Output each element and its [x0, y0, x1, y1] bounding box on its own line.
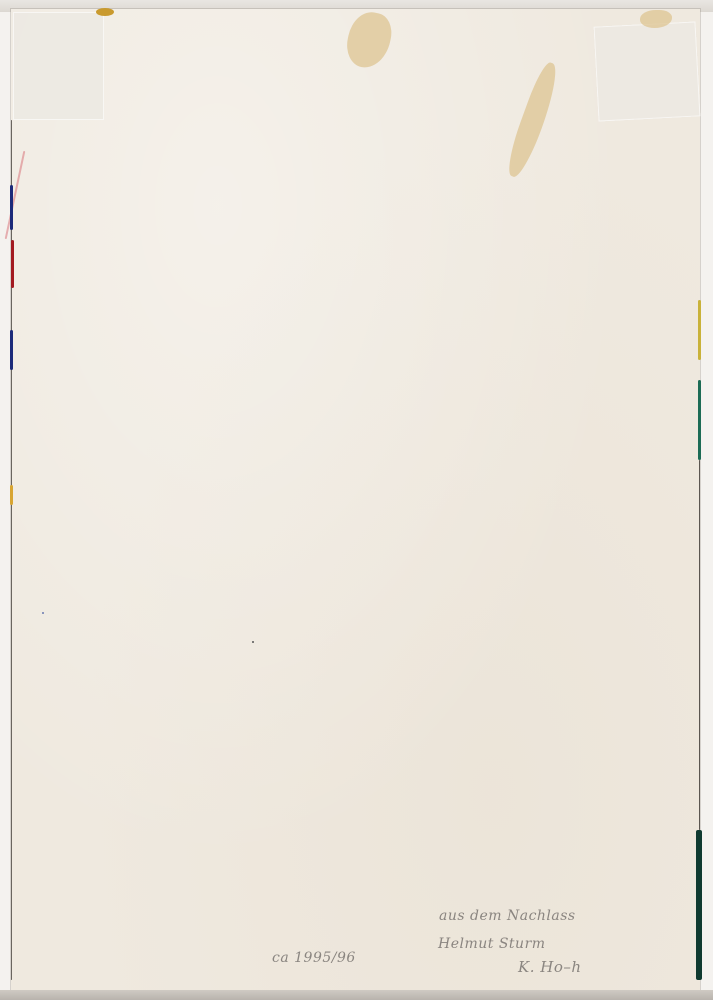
bottom-edge-shadow — [0, 990, 713, 1000]
tape-residue-right — [594, 21, 701, 121]
paint-edge-right-dark-green — [696, 830, 702, 980]
right-paper-edge — [699, 460, 700, 830]
paint-spot-yellow — [96, 8, 114, 16]
speck — [252, 641, 254, 643]
paint-edge-right-yellow — [698, 300, 701, 360]
paper-sheet-back — [11, 9, 700, 991]
provenance-line-2: Helmut Sturm — [438, 936, 546, 952]
paint-edge-blue-2 — [10, 330, 13, 370]
tape-residue-left — [13, 12, 104, 120]
provenance-line-1: aus dem Nachlass — [439, 908, 576, 924]
paint-edge-yellow — [10, 485, 13, 505]
paint-edge-right-green — [698, 380, 701, 460]
signature: K. Ho–h — [518, 958, 582, 976]
speck — [42, 612, 44, 614]
date-inscription: ca 1995/96 — [272, 950, 356, 966]
paint-edge-blue-1 — [10, 185, 13, 230]
paint-edge-red — [11, 240, 14, 288]
photo-stage: ca 1995/96 aus dem Nachlass Helmut Sturm… — [0, 0, 713, 1000]
